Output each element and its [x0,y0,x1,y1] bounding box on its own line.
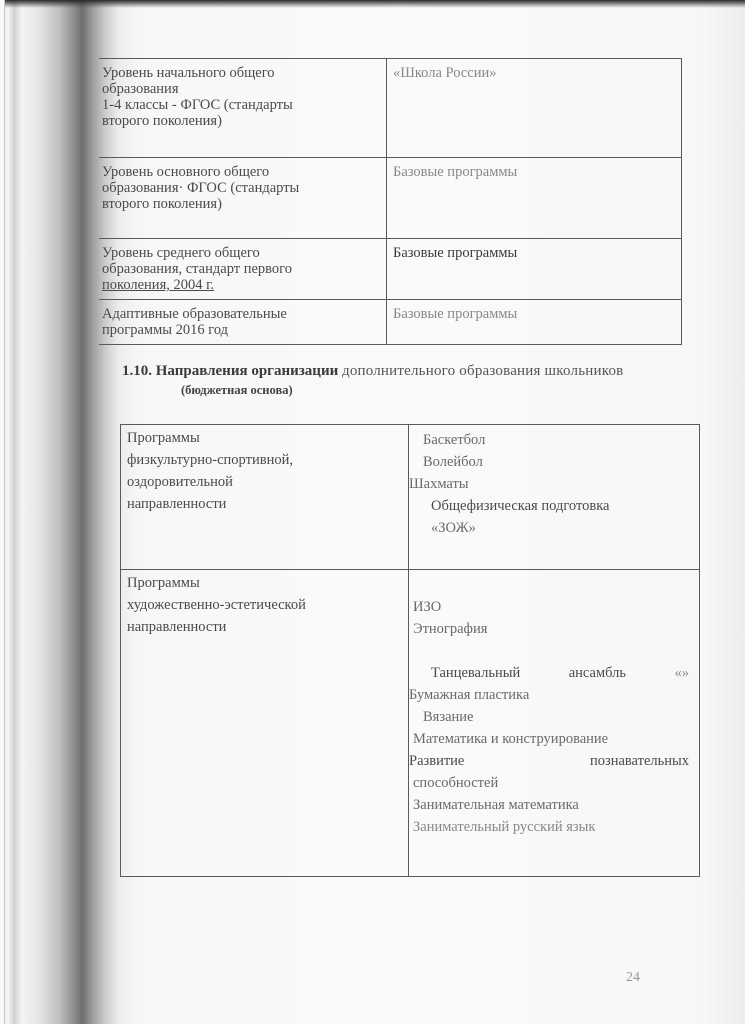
program-item: Танцевальный ансамбль «» [409,662,693,684]
direction-cell: Программы физкультурно-спортивной, оздор… [121,425,409,570]
program-item: Общефизическая подготовка [409,495,693,517]
programs-cell: ИЗО Этнография Танцевальный ансамбль «» … [409,570,700,877]
program-item: Бумажная пластика [409,684,693,706]
program-item: Занимательная математика [409,794,693,816]
programs-cell: Баскетбол Волейбол Шахматы Общефизическа… [409,425,700,570]
table-row: Программы физкультурно-спортивной, оздор… [121,425,700,570]
program-item: Вязание [409,706,693,728]
program-item: «ЗОЖ» [409,517,693,539]
education-levels-table: Уровень начального общего образования 1-… [99,58,682,345]
table-row: Программы художественно-эстетической нап… [121,570,700,877]
program-item: Занимательный русский язык [409,816,693,838]
program-item: Баскетбол [409,429,693,451]
program-cell: Базовые программы [387,300,682,345]
level-cell: Уровень начального общего образования 1-… [99,59,387,158]
program-cell: «Школа России» [387,59,682,158]
program-item: способностей [409,772,693,794]
level-cell: Уровень основного общего образования· ФГ… [99,158,387,239]
table-row: Уровень начального общего образования 1-… [99,59,682,158]
program-item: Этнография [409,618,693,640]
section-title-bold: Направления организации [156,363,338,379]
section-title-rest: дополнительного образования школьников [342,363,623,379]
program-cell: Базовые программы [387,158,682,239]
section-subtitle: (бюджетная основа) [181,383,293,398]
table-row: Уровень среднего общего образования, ста… [99,239,682,300]
level-cell: Уровень среднего общего образования, ста… [99,239,387,300]
section-heading: 1.10. Направления организации дополнител… [122,363,742,380]
table-row: Уровень основного общего образования· ФГ… [99,158,682,239]
table-row: Адаптивные образовательные программы 201… [99,300,682,345]
page-number: 24 [626,970,640,986]
section-number: 1.10. [122,363,152,379]
program-item: Волейбол [409,451,693,473]
scan-top-shadow [0,0,745,8]
scan-left-edge [0,0,5,1024]
program-cell: Базовые программы [387,239,682,300]
directions-table: Программы физкультурно-спортивной, оздор… [120,424,700,877]
program-item: Шахматы [409,473,693,495]
direction-cell: Программы художественно-эстетической нап… [121,570,409,877]
program-item: ИЗО [409,596,693,618]
program-item: Математика и конструирование [409,728,693,750]
level-cell: Адаптивные образовательные программы 201… [99,300,387,345]
program-item: Развитие познавательных [409,750,693,772]
